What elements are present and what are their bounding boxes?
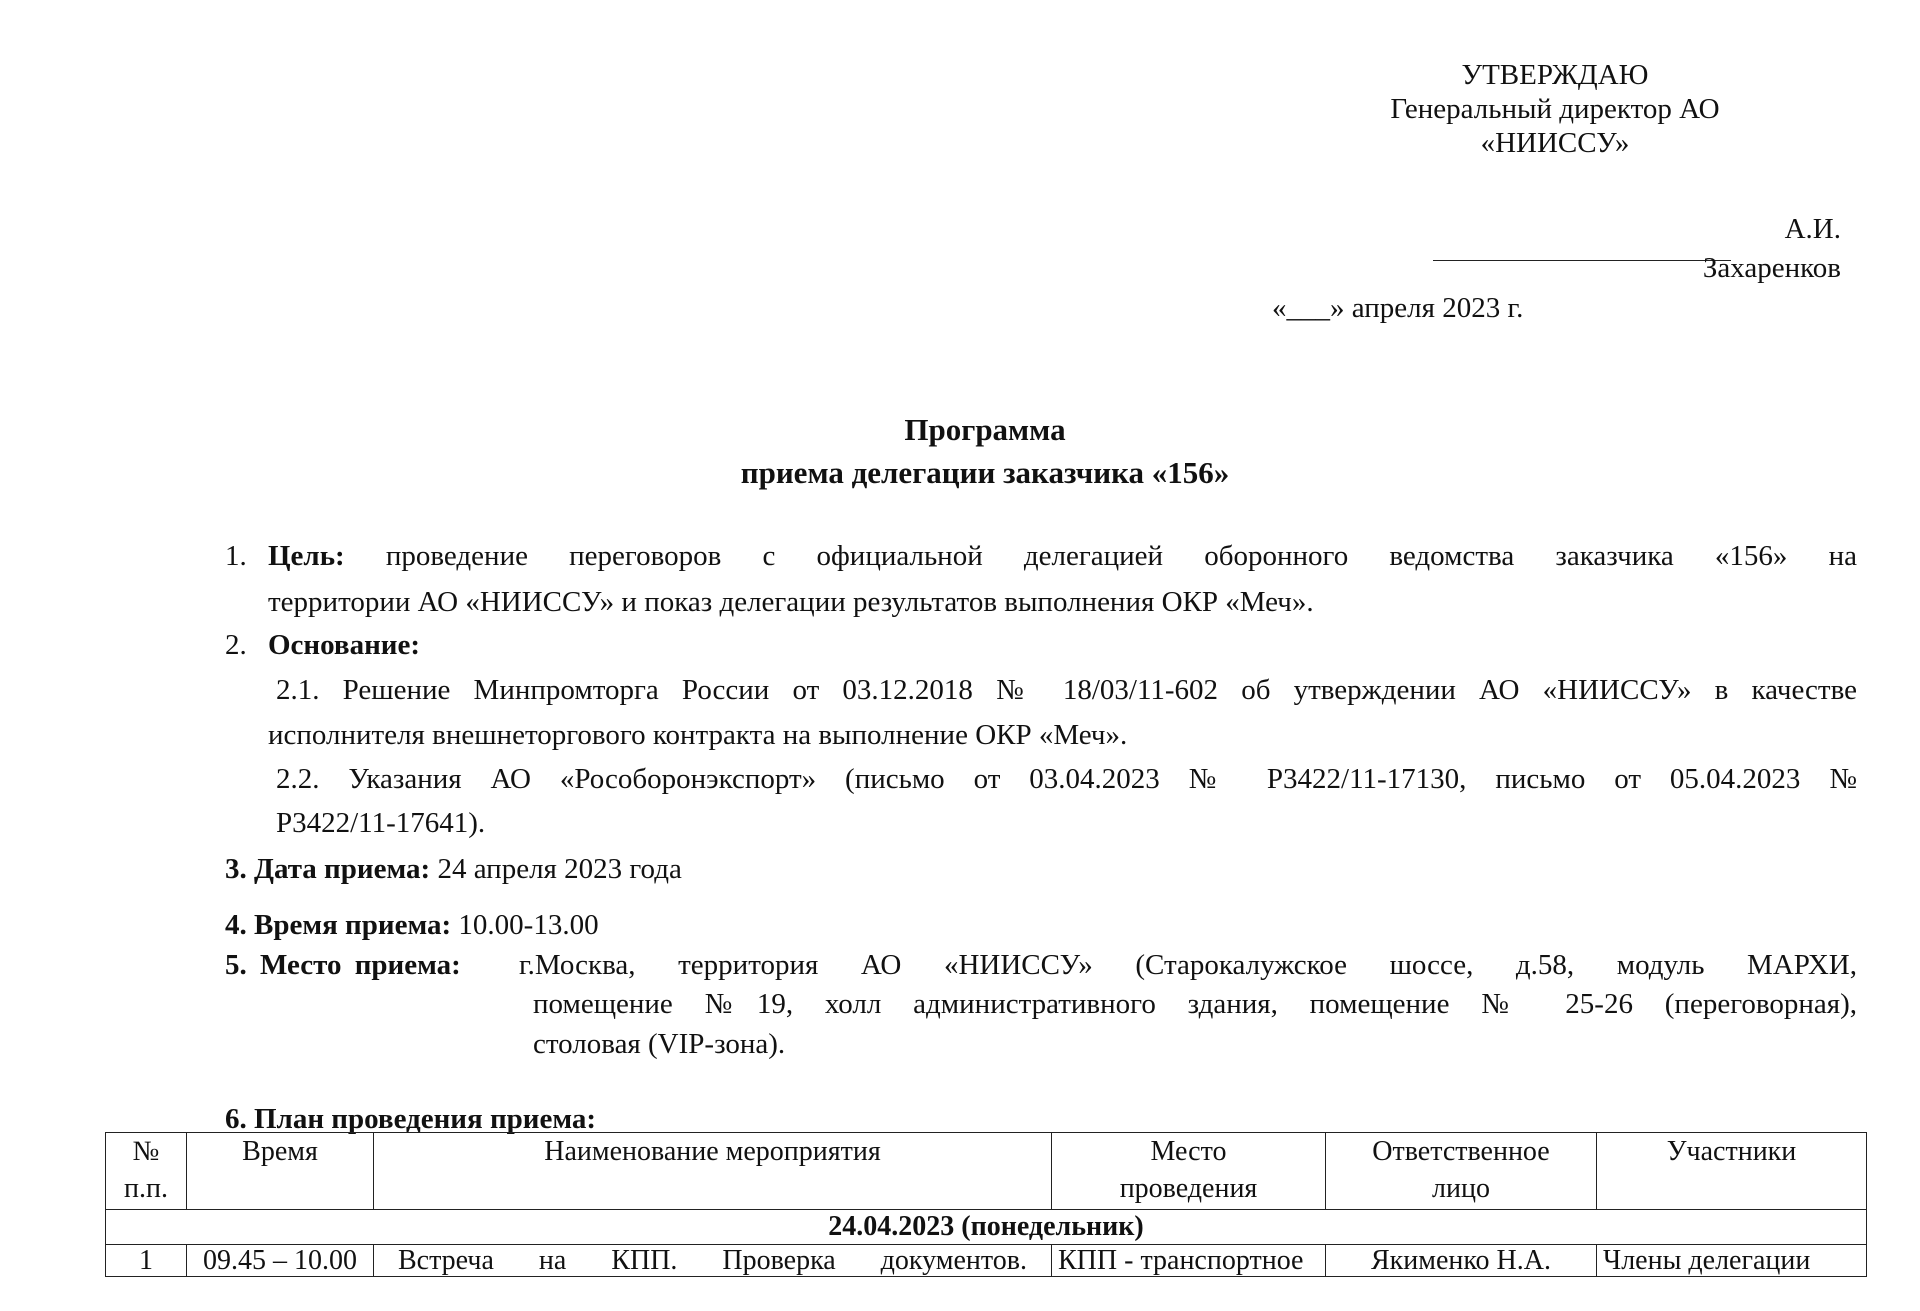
approver-initials: А.И.: [1785, 213, 1841, 246]
section-4-value: 10.00-13.00: [458, 909, 598, 941]
cell-place: КПП - транспортное: [1052, 1245, 1326, 1277]
section-1-line-2: территории АО «НИИССУ» и показ делегации…: [268, 585, 1314, 619]
cell-participants: Члены делегации: [1597, 1245, 1867, 1277]
section-2-item-1-line-2: исполнителя внешнеторгового контракта на…: [268, 718, 1127, 752]
cell-time: 09.45 – 10.00: [187, 1245, 374, 1277]
page-title: Программа приема делегации заказчика «15…: [0, 408, 1920, 494]
section-3-value: 24 апреля 2023 года: [437, 853, 681, 885]
section-2-label: Основание:: [268, 628, 420, 662]
date-row-label: 24.04.2023 (понедельник): [106, 1210, 1867, 1245]
section-2-item-2-line-1: 2.2. Указания АО «Рособоронэкспорт» (пис…: [276, 762, 1857, 796]
table-header-row: №п.п. Время Наименование мероприятия Мес…: [106, 1133, 1867, 1210]
header-event: Наименование мероприятия: [374, 1133, 1052, 1210]
section-1-line-1: Цель: проведение переговоров с официальн…: [268, 539, 1857, 573]
plan-table: №п.п. Время Наименование мероприятия Мес…: [105, 1132, 1867, 1277]
section-6-label: 6. План проведения приема:: [225, 1102, 596, 1136]
section-4: 4. Время приема: 10.00-13.00: [225, 908, 599, 942]
approval-position: Генеральный директор АО: [1330, 92, 1780, 126]
approval-date: «___» апреля 2023 г.: [1272, 292, 1523, 325]
approval-block: УТВЕРЖДАЮ Генеральный директор АО «НИИСС…: [1330, 58, 1780, 160]
signature-line: [1433, 260, 1731, 261]
section-5-line-1: г.Москва, территория АО «НИИССУ» (Старок…: [519, 948, 1857, 982]
section-3-label: 3. Дата приема:: [225, 853, 430, 885]
section-5-label: 5. Место приема:: [225, 948, 461, 982]
section-2-item-1-line-1: 2.1. Решение Минпромторга России от 03.1…: [276, 673, 1857, 707]
table-row: 1 09.45 – 10.00 Встреча на КПП. Проверка…: [106, 1245, 1867, 1277]
section-1-number: 1.: [225, 539, 247, 573]
title-line-2: приема делегации заказчика «156»: [0, 451, 1920, 494]
section-5-line-3: столовая (VIP-зона).: [533, 1027, 785, 1061]
header-participants: Участники: [1597, 1133, 1867, 1210]
approval-organization: «НИИССУ»: [1330, 126, 1780, 160]
header-time: Время: [187, 1133, 374, 1210]
cell-responsible: Якименко Н.А.: [1326, 1245, 1597, 1277]
title-line-1: Программа: [0, 408, 1920, 451]
cell-event: Встреча на КПП. Проверка документов.: [374, 1245, 1052, 1277]
section-1-label: Цель:: [268, 540, 345, 572]
section-3: 3. Дата приема: 24 апреля 2023 года: [225, 852, 682, 886]
header-number: №п.п.: [106, 1133, 187, 1210]
section-2-item-2-line-2: Р3422/11-17641).: [276, 806, 485, 840]
approver-surname: Захаренков: [1703, 252, 1841, 285]
table-date-row: 24.04.2023 (понедельник): [106, 1210, 1867, 1245]
section-4-label: 4. Время приема:: [225, 909, 451, 941]
section-2-number: 2.: [225, 628, 247, 662]
header-responsible: Ответственноелицо: [1326, 1133, 1597, 1210]
approval-heading: УТВЕРЖДАЮ: [1330, 58, 1780, 92]
header-place: Местопроведения: [1052, 1133, 1326, 1210]
cell-number: 1: [106, 1245, 187, 1277]
section-5-line-2: помещение №19, холл административного зд…: [533, 987, 1857, 1021]
